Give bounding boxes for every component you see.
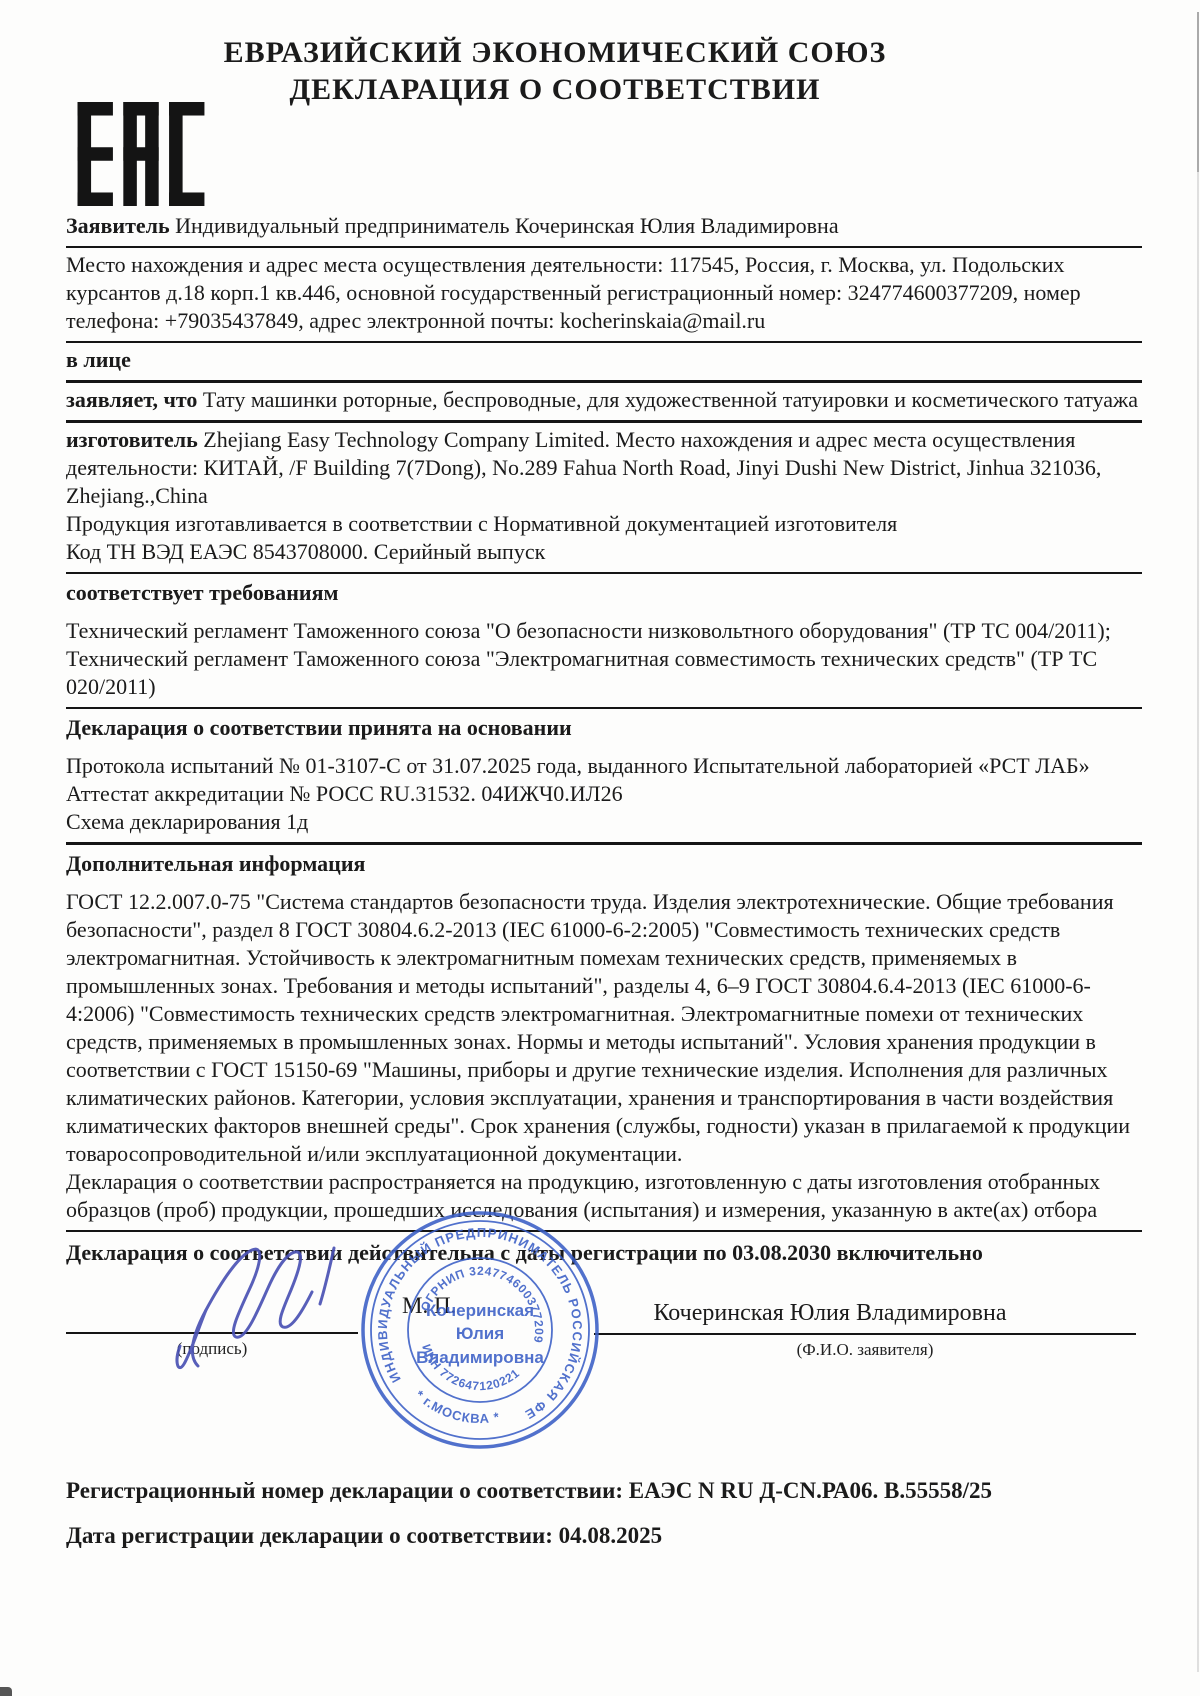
scheme-line: Схема декларирования 1д — [66, 808, 1142, 836]
applicant-value: Индивидуальный предприниматель Кочеринск… — [175, 213, 838, 238]
additional-info-heading: Дополнительная информация — [66, 848, 1142, 880]
compliance-text: Технический регламент Таможенного союза … — [66, 617, 1142, 701]
stamp-center-line2: Юлия — [456, 1324, 504, 1343]
production-note: Продукция изготавливается в соответствии… — [66, 510, 1142, 538]
registration-date-line: Дата регистрации декларации о соответств… — [66, 1523, 662, 1549]
in-person-label: в лице — [66, 347, 131, 372]
address-value: Место нахождения и адрес места осуществл… — [66, 252, 1081, 333]
compliance-heading: соответствует требованиям — [66, 577, 1142, 609]
tnved-line: Код ТН ВЭД ЕАЭС 8543708000. Серийный вып… — [66, 538, 1142, 566]
additional-info-row: Дополнительная информация ГОСТ 12.2.007.… — [66, 845, 1142, 1232]
basis-text: Протокола испытаний № 01-3107-С от 31.07… — [66, 752, 1142, 808]
declaration-document: ЕВРАЗИЙСКИЙ ЭКОНОМИЧЕСКИЙ СОЮЗ ДЕКЛАРАЦИ… — [0, 0, 1200, 1696]
svg-text:* г.МОСКВА *: * г.МОСКВА * — [409, 1385, 505, 1435]
declares-label: заявляет, что — [66, 387, 197, 412]
document-title: ЕВРАЗИЙСКИЙ ЭКОНОМИЧЕСКИЙ СОЮЗ ДЕКЛАРАЦИ… — [0, 34, 1110, 108]
company-stamp: ИНДИВИДУАЛЬНЫЙ ПРЕДПРИНИМАТЕЛЬ РОССИЙСКА… — [354, 1204, 606, 1456]
applicant-label: Заявитель — [66, 213, 170, 238]
basis-heading: Декларация о соответствии принята на осн… — [66, 712, 1142, 744]
manufacturer-label: изготовитель — [66, 427, 198, 452]
stamp-city-text: * г.МОСКВА * — [409, 1385, 505, 1435]
stamp-center-line1: Кочеринская — [426, 1301, 534, 1320]
address-row: Место нахождения и адрес места осуществл… — [66, 248, 1142, 343]
basis-row: Декларация о соответствии принята на осн… — [66, 709, 1142, 845]
document-body: Заявитель Индивидуальный предприниматель… — [66, 209, 1142, 1273]
applicant-row: Заявитель Индивидуальный предприниматель… — [66, 209, 1142, 248]
scan-edge-artifact — [1197, 12, 1199, 1672]
registration-number-line: Регистрационный номер декларации о соотв… — [66, 1478, 992, 1504]
name-rule-right — [594, 1333, 1136, 1335]
declares-value: Тату машинки роторные, беспроводные, для… — [203, 387, 1138, 412]
name-caption: (Ф.И.О. заявителя) — [594, 1340, 1136, 1360]
eac-mark-icon — [76, 102, 206, 206]
scan-corner-artifact — [0, 1687, 12, 1696]
manufacturer-row: изготовитель Zhejiang Easy Technology Co… — [66, 423, 1142, 574]
manufacturer-value: Zhejiang Easy Technology Company Limited… — [66, 427, 1101, 508]
stamp-center-line3: Владимировна — [416, 1348, 544, 1367]
title-line-union: ЕВРАЗИЙСКИЙ ЭКОНОМИЧЕСКИЙ СОЮЗ — [0, 34, 1110, 71]
manufacturer-paragraph: изготовитель Zhejiang Easy Technology Co… — [66, 426, 1142, 510]
additional-info-text: ГОСТ 12.2.007.0-75 "Система стандартов б… — [66, 888, 1142, 1168]
compliance-row: соответствует требованиям Технический ре… — [66, 574, 1142, 709]
applicant-name-typed: Кочеринская Юлия Владимировна — [560, 1300, 1100, 1327]
declares-row: заявляет, что Тату машинки роторные, бес… — [66, 383, 1142, 423]
in-person-row: в лице — [66, 343, 1142, 383]
